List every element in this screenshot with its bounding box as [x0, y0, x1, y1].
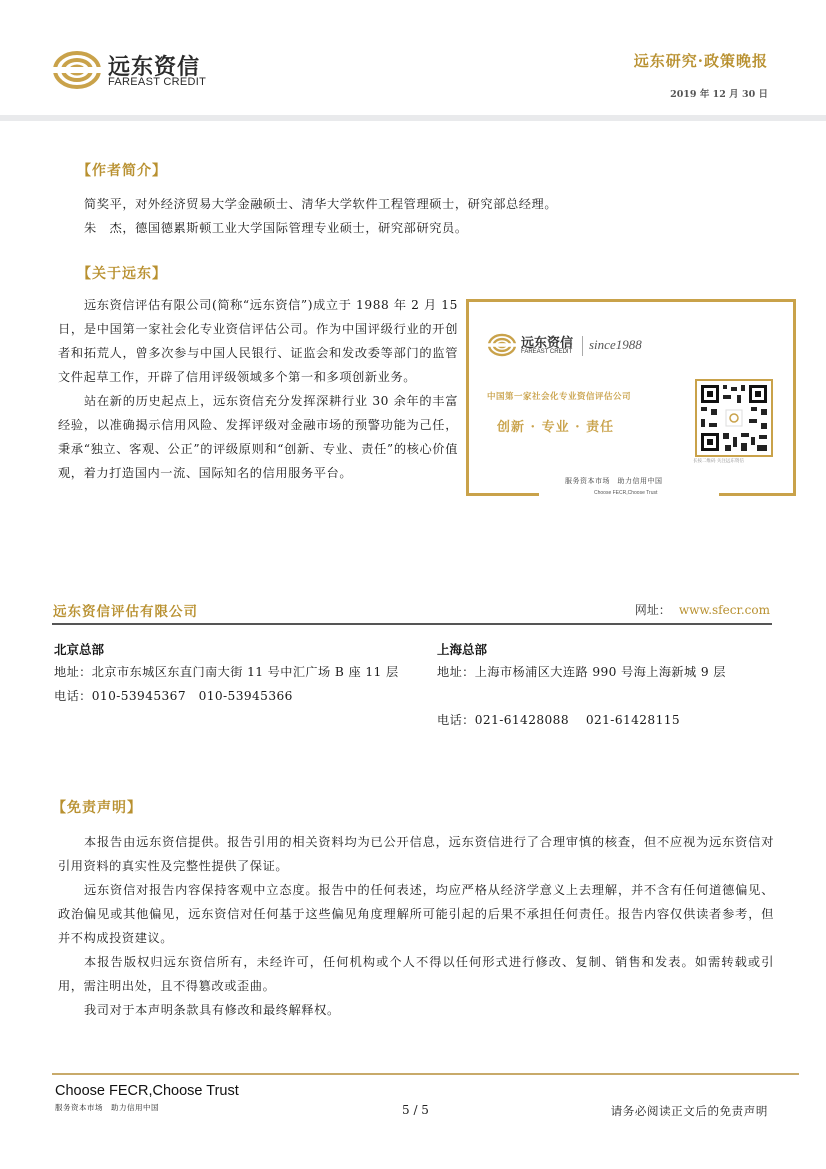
- shanghai-heading: 上海总部: [437, 640, 787, 658]
- brand-card: 远东资信 FAREAST CREDIT since1988 中国第一家社会化专业…: [466, 299, 796, 496]
- beijing-phone: 电话：010-53945367 010-53945366: [54, 684, 404, 708]
- card-tagline: 中国第一家社会化专业资信评估公司: [487, 390, 631, 402]
- author-heading: 【作者简介】: [77, 160, 167, 180]
- author-line: 朱 杰，德国德累斯顿工业大学国际管理专业硕士，研究部研究员。: [84, 216, 724, 240]
- shanghai-office: 上海总部 地址：上海市杨浦区大连路 990 号海上海新城 9 层 电话：021-…: [437, 640, 787, 732]
- card-values: 创新 · 专业 · 责任: [497, 416, 614, 435]
- card-motto: 服务资本市场 助力信用中国: [565, 476, 663, 486]
- disclaimer-heading: 【免责声明】: [52, 797, 142, 817]
- shanghai-address: 地址：上海市杨浦区大连路 990 号海上海新城 9 层: [437, 660, 787, 708]
- company-name: 远东资信评估有限公司: [53, 600, 198, 620]
- shanghai-phone: 电话：021-61428088 021-61428115: [437, 708, 787, 732]
- disclaimer-paragraph: 远东资信对报告内容保持客观中立态度。报告中的任何表述，均应严格从经济学意义上去理…: [58, 878, 774, 950]
- header-divider: [0, 115, 826, 121]
- company-logo: 远东资信 FAREAST CREDIT: [52, 48, 222, 96]
- about-paragraph: 远东资信评估有限公司(简称“远东资信”)成立于 1988 年 2 月 15 日，…: [58, 293, 458, 389]
- website-link[interactable]: www.sfecr.com: [679, 603, 770, 617]
- company-website: 网址：www.sfecr.com: [635, 601, 770, 618]
- beijing-address: 地址：北京市东城区东直门南大街 11 号中汇广场 B 座 11 层: [54, 660, 404, 684]
- disclaimer-body: 本报告由远东资信提供。报告引用的相关资料均为已公开信息，远东资信进行了合理审慎的…: [58, 830, 774, 1022]
- about-heading: 【关于远东】: [77, 263, 167, 283]
- author-list: 简奖平，对外经济贸易大学金融硕士、清华大学软件工程管理硕士，研究部总经理。 朱 …: [84, 192, 724, 240]
- qr-code: [695, 379, 773, 457]
- card-logo-en: FAREAST CREDIT: [521, 349, 572, 355]
- logo-text-en: FAREAST CREDIT: [108, 76, 206, 88]
- footer-divider: [52, 1073, 799, 1075]
- footer-slogan-cn: 服务资本市场 助力信用中国: [55, 1102, 159, 1113]
- author-line: 简奖平，对外经济贸易大学金融硕士、清华大学软件工程管理硕士，研究部总经理。: [84, 192, 724, 216]
- beijing-heading: 北京总部: [54, 640, 404, 658]
- qr-caption: 长按二维码 关注远东资信: [693, 458, 744, 464]
- card-separator: [582, 336, 583, 356]
- card-since: since1988: [589, 337, 642, 353]
- beijing-office: 北京总部 地址：北京市东城区东直门南大街 11 号中汇广场 B 座 11 层 电…: [54, 640, 404, 708]
- page-number: 5 / 5: [402, 1103, 429, 1117]
- report-date: 2019 年 12 月 30 日: [670, 86, 768, 100]
- about-paragraph: 站在新的历史起点上，远东资信充分发挥深耕行业 30 余年的丰富经验，以准确揭示信…: [58, 389, 458, 485]
- disclaimer-paragraph: 我司对于本声明条款具有修改和最终解释权。: [58, 998, 774, 1022]
- card-logo-rings-icon: [487, 332, 517, 358]
- disclaimer-paragraph: 本报告由远东资信提供。报告引用的相关资料均为已公开信息，远东资信进行了合理审慎的…: [58, 830, 774, 878]
- qr-code-icon: [697, 381, 771, 455]
- logo-rings-icon: [52, 48, 102, 92]
- company-divider: [52, 623, 772, 625]
- disclaimer-paragraph: 本报告版权归远东资信所有，未经许可，任何机构或个人不得以任何形式进行修改、复制、…: [58, 950, 774, 998]
- report-series-title: 远东研究·政策晚报: [634, 50, 768, 71]
- website-label: 网址：: [635, 603, 671, 617]
- card-motto-en: Choose FECR,Choose Trust: [594, 490, 657, 496]
- footer-slogan-en: Choose FECR,Choose Trust: [55, 1083, 239, 1099]
- about-body: 远东资信评估有限公司(简称“远东资信”)成立于 1988 年 2 月 15 日，…: [58, 293, 458, 485]
- footer-disclaimer-notice: 请务必阅读正文后的免责声明: [611, 1103, 768, 1119]
